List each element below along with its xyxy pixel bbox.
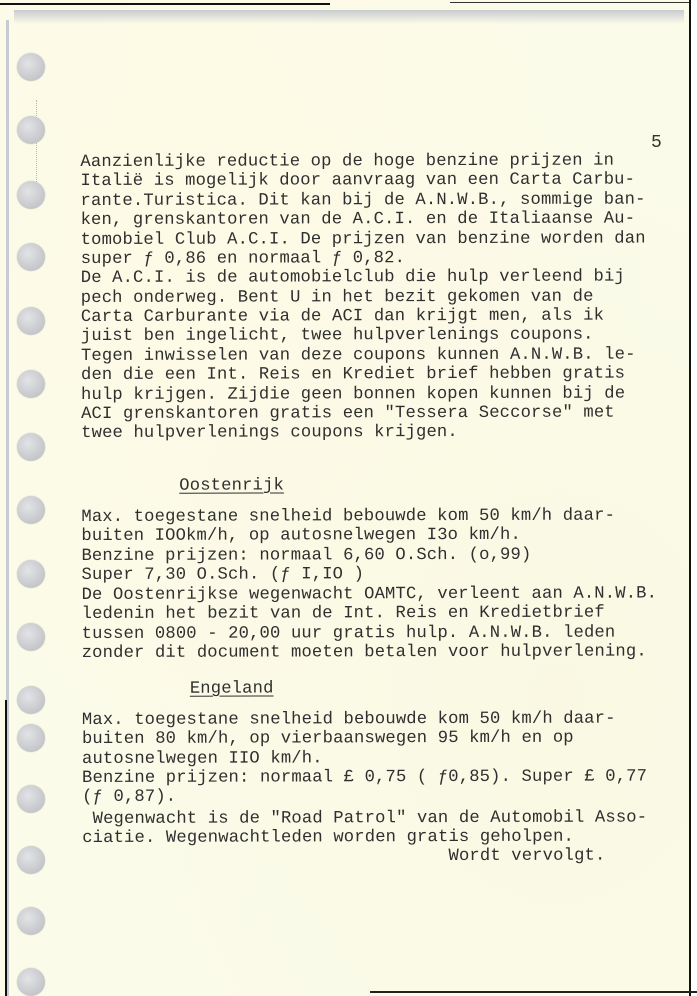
text-line: De A.C.I. is de automobielclub die hulp … — [81, 268, 625, 288]
text-line: Super 7,30 O.Sch. (ƒ I,IO ) — [81, 565, 364, 585]
section-heading-oostenrijk: Oostenrijk — [179, 476, 284, 495]
text-line: ciatie. Wegenwachtleden worden gratis ge… — [82, 828, 574, 848]
text-line: super ƒ 0,86 en normaal ƒ 0,82. — [81, 249, 405, 269]
text-line: Tegen inwisselen van deze coupons kunnen… — [81, 346, 636, 366]
text-line: Aanzienlijke reductie op de hoge benzine… — [80, 152, 614, 172]
binder-hole-icon — [17, 53, 45, 81]
binder-hole-icon — [17, 686, 45, 714]
continued-note: Wordt vervolgt. — [82, 847, 605, 867]
binder-hole-icon — [17, 724, 45, 752]
text-line: pech onderweg. Bent U in het bezit gekom… — [81, 288, 594, 308]
binder-hole-icon — [17, 116, 45, 144]
text-line: tomobiel Club A.C.I. De prijzen van benz… — [81, 230, 646, 250]
section-heading-engeland: Engeland — [190, 679, 274, 698]
binder-hole-icon — [17, 370, 45, 398]
text-line: buiten IOOkm/h, op autosnelwegen I3o km/… — [81, 526, 521, 546]
text-line: autosnelwegen IIO km/h. — [82, 749, 323, 769]
text-line: juist ben ingelicht, twee hulpverlenings… — [81, 326, 594, 346]
binder-hole-icon — [17, 907, 45, 935]
text-line: tussen 0800 - 20,00 uur gratis hulp. A.N… — [82, 624, 616, 644]
text-line: Italië is mogelijk door aanvraag van een… — [80, 171, 635, 191]
text-line: ACI grenskantoren gratis een "Tessera Se… — [81, 404, 615, 424]
page-top-shadow — [14, 10, 684, 24]
page-edge-left-dark — [5, 700, 7, 996]
binder-hole-icon — [17, 560, 45, 588]
text-line: Benzine prijzen: normaal £ 0,75 ( ƒ0,85)… — [82, 768, 647, 788]
text-line: den die een Int. Reis en Krediet brief h… — [81, 365, 625, 385]
text-line: Benzine prijzen: normaal 6,60 O.Sch. (o,… — [81, 546, 531, 566]
document-page: 5 Aanzienlijke reductie op de hoge benzi… — [0, 0, 697, 996]
page-edge-top-right — [450, 2, 697, 3]
binder-hole-icon — [17, 785, 45, 813]
text-line: hulp krijgen. Zijdie geen bonnen kopen k… — [81, 385, 625, 405]
text-line: buiten 80 km/h, op vierbaanswegen 95 km/… — [82, 729, 574, 749]
binder-hole-icon — [17, 623, 45, 651]
binder-hole-icon — [17, 181, 45, 209]
binder-hole-icon — [17, 433, 45, 461]
page-number: 5 — [651, 133, 662, 153]
text-line: ken, grenskantoren van de A.C.I. en de I… — [81, 210, 636, 230]
text-line: rante.Turistica. Dit kan bij de A.N.W.B.… — [81, 191, 646, 211]
binder-hole-icon — [17, 846, 45, 874]
text-line: twee hulpverlenings coupons krijgen. — [81, 423, 458, 443]
text-line: Wegenwacht is de "Road Patrol" van de Au… — [82, 809, 647, 829]
page-edge-top — [0, 3, 330, 5]
text-line: Carta Carburante via de ACI dan krijgt m… — [81, 307, 604, 327]
page-background-right — [691, 0, 697, 996]
text-line: (ƒ 0,87). — [82, 788, 176, 807]
binder-hole-icon — [17, 496, 45, 524]
text-line: Max. toegestane snelheid bebouwde kom 50… — [81, 507, 615, 527]
text-line: ledenin het bezit van de Int. Reis en Kr… — [82, 604, 605, 624]
text-line: Max. toegestane snelheid bebouwde kom 50… — [82, 710, 616, 730]
text-line: De Oostenrijkse wegenwacht OAMTC, verlee… — [82, 584, 658, 605]
margin-dotted-line — [36, 100, 38, 190]
text-line: zonder dit document moeten betalen voor … — [82, 643, 647, 663]
binder-hole-icon — [17, 968, 45, 996]
page-edge-right — [689, 0, 691, 996]
page-edge-bottom — [370, 991, 697, 993]
binder-hole-icon — [17, 243, 45, 271]
binder-hole-icon — [17, 307, 45, 335]
